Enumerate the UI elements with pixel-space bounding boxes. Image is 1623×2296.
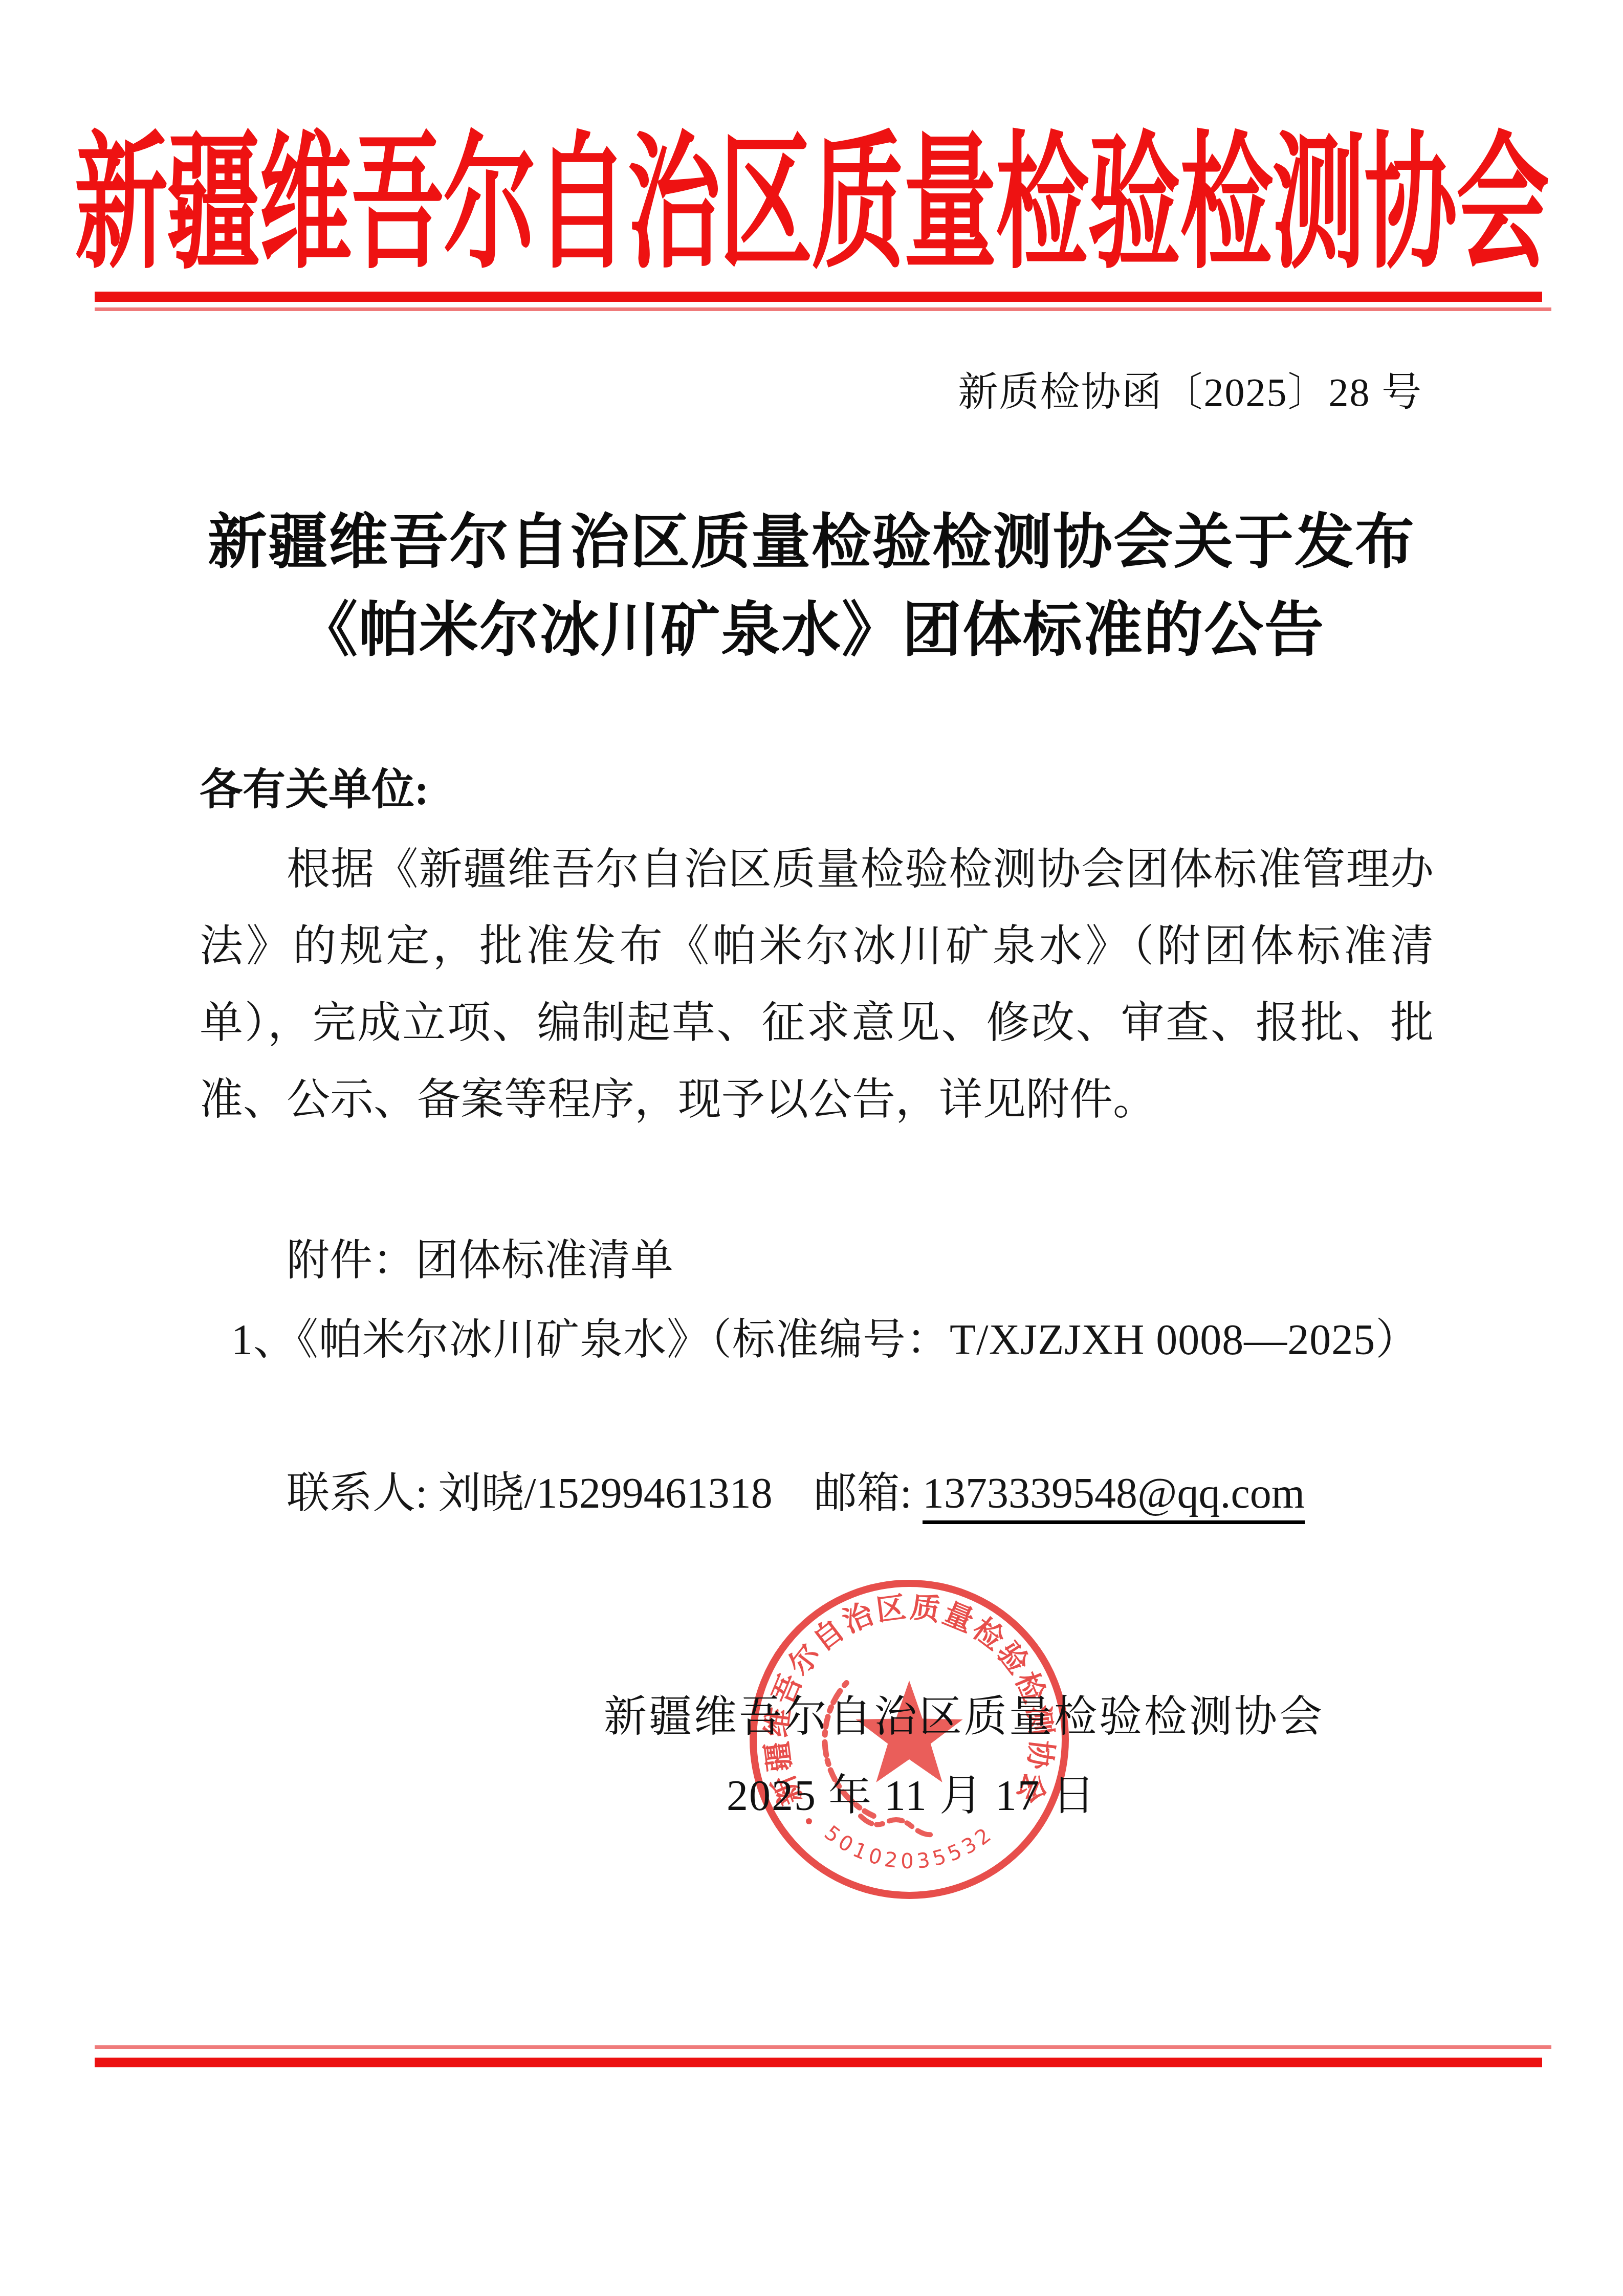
attachment-label: 附件：团体标准清单: [287, 1223, 673, 1299]
notice-title-line2: 《帕米尔冰川矿泉水》团体标准的公告: [0, 587, 1623, 675]
notice-title-line1: 新疆维吾尔自治区质量检验检测协会关于发布: [0, 499, 1623, 587]
email-link[interactable]: 1373339548@qq.com: [923, 1470, 1305, 1524]
body-paragraph: 根据《新疆维吾尔自治区质量检验检测协会团体标准管理办法》的规定，批准发布《帕米尔…: [200, 831, 1434, 1138]
contact-person-phone: 联系人: 刘晓/15299461318: [287, 1470, 773, 1517]
email-label: 邮箱:: [814, 1470, 912, 1517]
letterhead-org-title: 新疆维吾尔自治区质量检验检测协会: [0, 132, 1623, 279]
document-page: 新疆维吾尔自治区质量检验检测协会 新质检协函〔2025〕28 号 新疆维吾尔自治…: [0, 0, 1623, 2296]
doc-number: 新质检协函〔2025〕28 号: [958, 364, 1422, 421]
salutation: 各有关单位:: [200, 752, 429, 829]
contact-line: 联系人: 刘晓/15299461318 邮箱: 1373339548@qq.co…: [287, 1455, 1305, 1532]
signature-date: 2025 年 11 月 17 日: [727, 1758, 1096, 1835]
footer-rule-thin: [95, 2045, 1551, 2049]
letterhead-rule-thin: [95, 307, 1551, 311]
footer-rule-thick: [95, 2058, 1542, 2067]
attachment-item: 1、《帕米尔冰川矿泉水》（标准编号：T/XJZJXH 0008—2025）: [231, 1302, 1419, 1379]
letterhead-rule-thick: [95, 292, 1542, 302]
signature-org: 新疆维吾尔自治区质量检验检测协会: [604, 1679, 1324, 1756]
notice-title: 新疆维吾尔自治区质量检验检测协会关于发布 《帕米尔冰川矿泉水》团体标准的公告: [0, 499, 1623, 675]
